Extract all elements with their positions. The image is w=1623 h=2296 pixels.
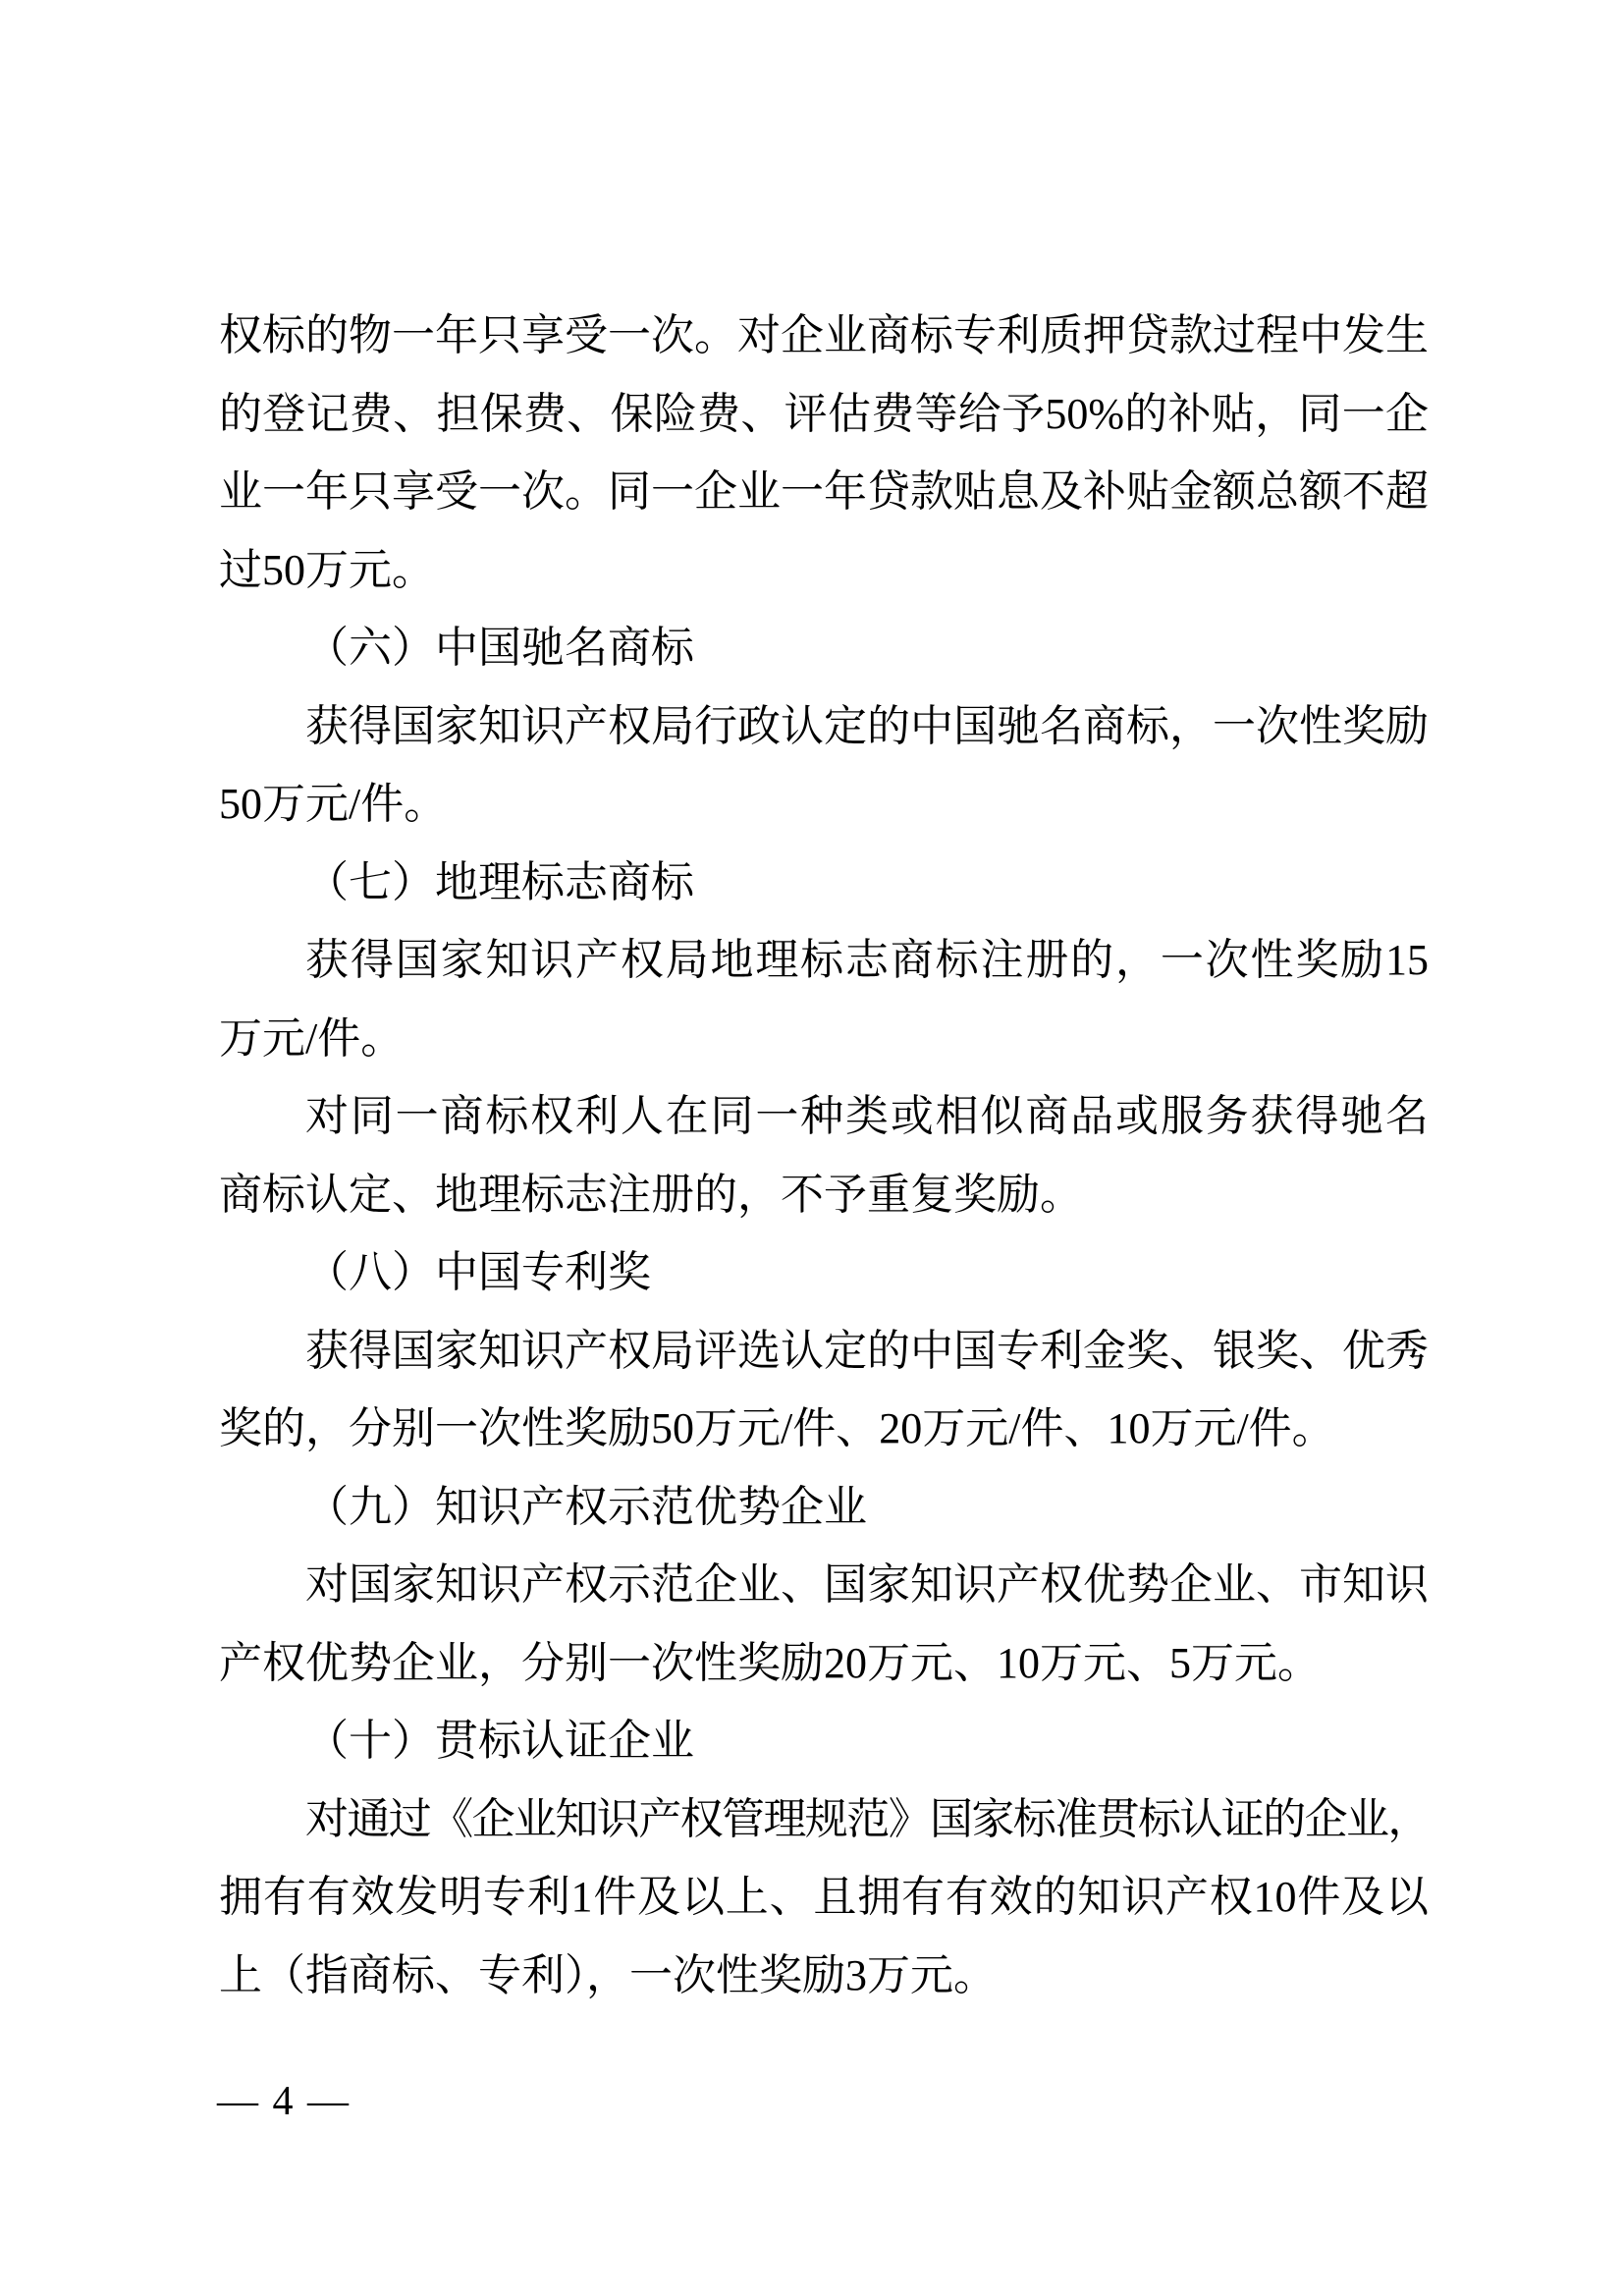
document-page: 权标的物一年只享受一次。对企业商标专利质押贷款过程中发生的登记费、担保费、保险费… (0, 0, 1623, 2296)
body-line: 产权优势企业，分别一次性奖励20万元、10万元、5万元。 (219, 1624, 1429, 1703)
body-line: 权标的物一年只享受一次。对企业商标专利质押贷款过程中发生 (219, 297, 1429, 375)
body-line: 的登记费、担保费、保险费、评估费等给予50%的补贴，同一企 (219, 375, 1429, 454)
body-line: 奖的，分别一次性奖励50万元/件、20万元/件、10万元/件。 (219, 1390, 1429, 1468)
body-line: （六）中国驰名商标 (219, 609, 1429, 687)
body-text: 权标的物一年只享受一次。对企业商标专利质押贷款过程中发生的登记费、担保费、保险费… (219, 297, 1429, 2014)
body-line: 商标认定、地理标志注册的，不予重复奖励。 (219, 1156, 1429, 1234)
body-line: 万元/件。 (219, 1000, 1429, 1078)
body-line: 对国家知识产权示范企业、国家知识产权优势企业、市知识 (219, 1546, 1429, 1624)
body-line: 获得国家知识产权局评选认定的中国专利金奖、银奖、优秀 (219, 1312, 1429, 1391)
body-line: （七）地理标志商标 (219, 844, 1429, 922)
body-line: 过50万元。 (219, 531, 1429, 610)
body-line: 拥有有效发明专利1件及以上、且拥有有效的知识产权10件及以 (219, 1858, 1429, 1937)
body-line: （八）中国专利奖 (219, 1233, 1429, 1312)
body-line: （十）贯标认证企业 (219, 1702, 1429, 1780)
page-number: — 4 — (217, 2078, 351, 2125)
body-line: （九）知识产权示范优势企业 (219, 1468, 1429, 1547)
body-line: 获得国家知识产权局行政认定的中国驰名商标，一次性奖励 (219, 687, 1429, 766)
body-line: 50万元/件。 (219, 765, 1429, 844)
body-line: 上（指商标、专利），一次性奖励3万元。 (219, 1937, 1429, 2015)
body-line: 对同一商标权利人在同一种类或相似商品或服务获得驰名 (219, 1077, 1429, 1156)
body-line: 对通过《企业知识产权管理规范》国家标准贯标认证的企业， (219, 1780, 1429, 1859)
body-line: 业一年只享受一次。同一企业一年贷款贴息及补贴金额总额不超 (219, 453, 1429, 531)
body-line: 获得国家知识产权局地理标志商标注册的，一次性奖励15 (219, 921, 1429, 1000)
